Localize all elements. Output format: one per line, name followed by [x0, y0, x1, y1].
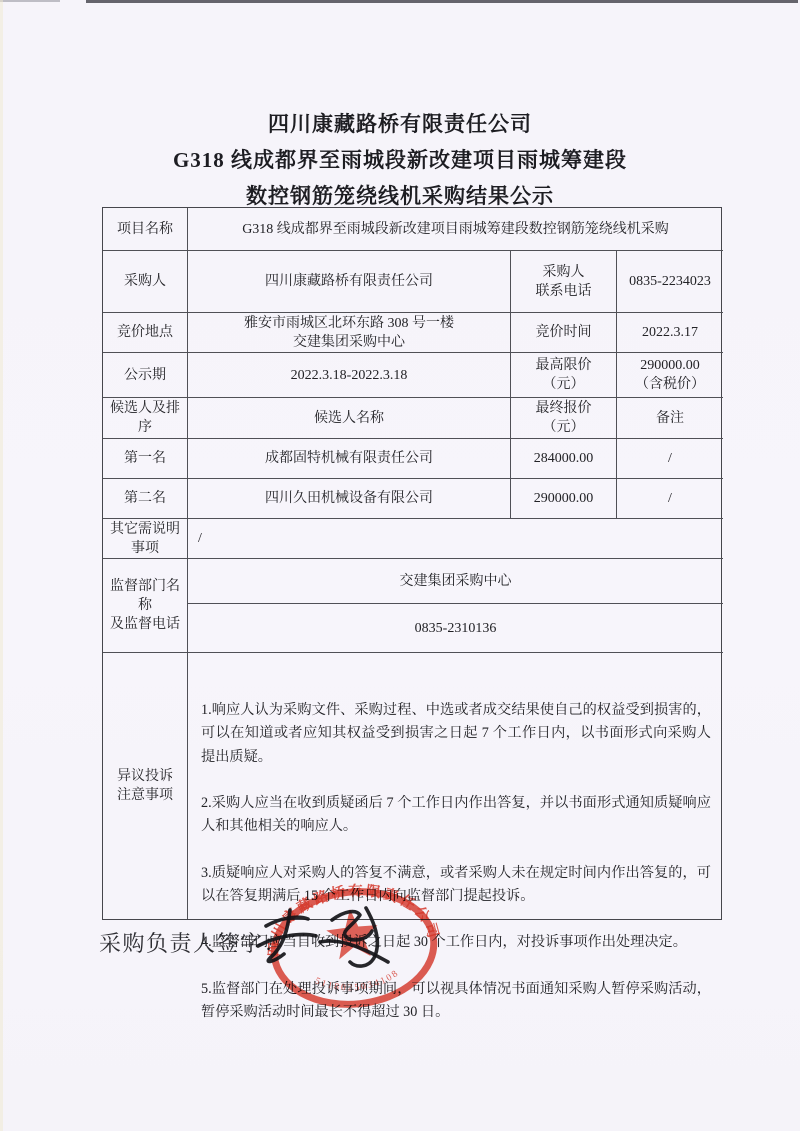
other-notes-label: 其它需说明 事项 — [103, 519, 188, 559]
candidate-name-header: 候选人名称 — [188, 398, 511, 439]
publicity-period-label: 公示期 — [103, 353, 188, 398]
candidate-row-price: 284000.00 — [511, 439, 617, 479]
candidate-row-remark: / — [617, 439, 723, 479]
candidate-row-rank: 第二名 — [103, 479, 188, 519]
max-price-label: 最高限价 （元） — [511, 353, 617, 398]
objection-label: 异议投诉 注意事项 — [103, 653, 188, 919]
procurement-result-table: 项目名称 G318 线成都界至雨城段新改建项目雨城筹建段数控钢筋笼绕线机采购 采… — [102, 207, 722, 920]
candidate-row-rank: 第一名 — [103, 439, 188, 479]
other-notes-value: / — [188, 519, 723, 559]
objection-note-item: 2.采购人应当在收到质疑函后 7 个工作日内作出答复，并以书面形式通知质疑响应人… — [201, 792, 711, 838]
supervision-dept-value: 交建集团采购中心 — [188, 559, 723, 604]
supervision-label: 监督部门名称 及监督电话 — [103, 559, 188, 653]
bid-time-label: 竞价时间 — [511, 313, 617, 353]
candidate-rank-header: 候选人及排序 — [103, 398, 188, 439]
supervision-phone-value: 0835-2310136 — [188, 604, 723, 653]
candidate-row-price: 290000.00 — [511, 479, 617, 519]
scan-edge-artifact — [0, 0, 60, 2]
project-name-label: 项目名称 — [103, 208, 188, 251]
publicity-period-value: 2022.3.18-2022.3.18 — [188, 353, 511, 398]
buyer-label: 采购人 — [103, 251, 188, 313]
buyer-phone-value: 0835-2234023 — [617, 251, 723, 313]
doc-title-line-2: G318 线成都界至雨城段新改建项目雨城筹建段 — [0, 142, 800, 178]
scan-edge-artifact — [86, 0, 798, 3]
doc-title-line-1: 四川康藏路桥有限责任公司 — [0, 106, 800, 142]
objection-notes: 1.响应人认为采购文件、采购过程、中选或者成交结果使自己的权益受到损害的，可以在… — [188, 653, 723, 919]
venue-label: 竞价地点 — [103, 313, 188, 353]
candidate-row-remark: / — [617, 479, 723, 519]
remark-header: 备注 — [617, 398, 723, 439]
buyer-phone-label: 采购人 联系电话 — [511, 251, 617, 313]
handwritten-signature — [252, 898, 402, 988]
max-price-value: 290000.00 （含税价） — [617, 353, 723, 398]
candidate-row-name: 成都固特机械有限责任公司 — [188, 439, 511, 479]
venue-value: 雅安市雨城区北环东路 308 号一楼 交建集团采购中心 — [188, 313, 511, 353]
project-name-value: G318 线成都界至雨城段新改建项目雨城筹建段数控钢筋笼绕线机采购 — [188, 208, 723, 251]
final-price-header: 最终报价 （元） — [511, 398, 617, 439]
objection-note-item: 1.响应人认为采购文件、采购过程、中选或者成交结果使自己的权益受到损害的，可以在… — [201, 699, 711, 769]
scanned-page: 四川康藏路桥有限责任公司 G318 线成都界至雨城段新改建项目雨城筹建段 数控钢… — [0, 0, 800, 1131]
candidate-row-name: 四川久田机械设备有限公司 — [188, 479, 511, 519]
bid-time-value: 2022.3.17 — [617, 313, 723, 353]
document-header: 四川康藏路桥有限责任公司 G318 线成都界至雨城段新改建项目雨城筹建段 数控钢… — [0, 106, 800, 214]
buyer-value: 四川康藏路桥有限责任公司 — [188, 251, 511, 313]
